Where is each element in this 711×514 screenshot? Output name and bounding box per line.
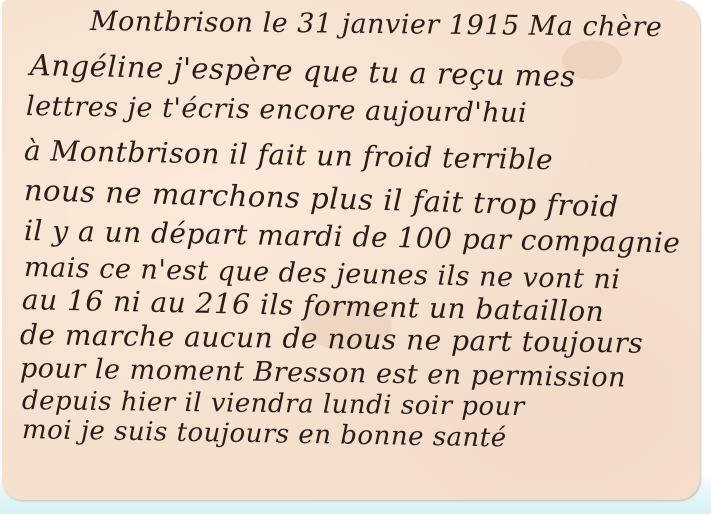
postcard: Montbrison le 31 janvier 1915 Ma chère A…	[2, 0, 700, 500]
letter-line: lettres je t'écris encore aujourd'hui	[26, 91, 528, 129]
letter-line: Angéline j'espère que tu a reçu mes	[30, 48, 576, 93]
letter-line-heading: Montbrison le 31 janvier 1915 Ma chère	[90, 6, 663, 43]
scanned-letter: Montbrison le 31 janvier 1915 Ma chère A…	[0, 0, 711, 514]
letter-line: à Montbrison il fait un froid terrible	[24, 134, 554, 176]
